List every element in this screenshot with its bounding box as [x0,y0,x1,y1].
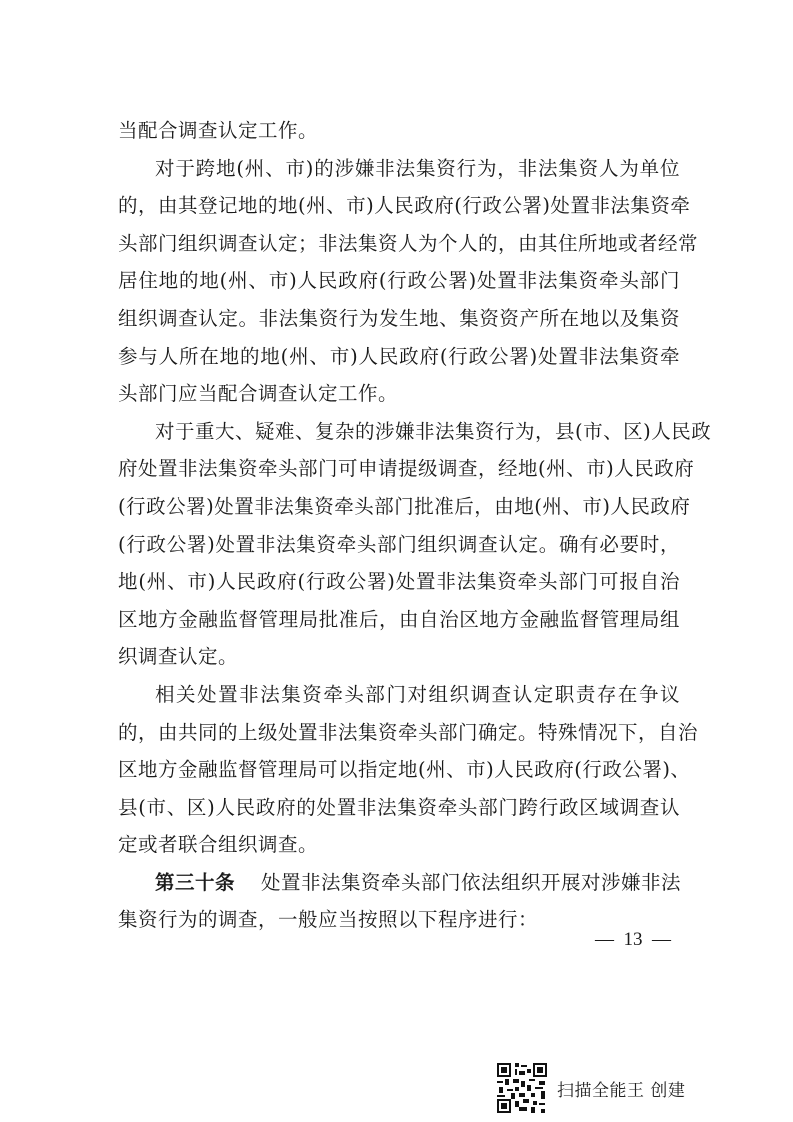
article-text: 处置非法集资牵头部门依法组织开展对涉嫌非法 [261,871,681,894]
article-heading: 第三十条 [155,871,235,894]
text-line: 相关处置非法集资牵头部门对组织调查认定职责存在争议 [118,676,680,714]
text-line: 当配合调查认定工作。 [118,112,680,150]
text-line: 的，由共同的上级处置非法集资牵头部门确定。特殊情况下，自治 [118,714,680,752]
text-line: 织调查认定。 [118,638,680,676]
text-line: 府处置非法集资牵头部门可申请提级调查，经地(州、市)人民政府 [118,450,680,488]
qr-code-icon [497,1063,547,1113]
text-line: 居住地的地(州、市)人民政府(行政公署)处置非法集资牵头部门 [118,262,680,300]
text-line: 定或者联合组织调查。 [118,826,680,864]
document-body: 当配合调查认定工作。 对于跨地(州、市)的涉嫌非法集资行为，非法集资人为单位 的… [118,112,680,939]
text-line: (行政公署)处置非法集资牵头部门批准后，由地(州、市)人民政府 [118,488,680,526]
text-line: 参与人所在地的地(州、市)人民政府(行政公署)处置非法集资牵 [118,338,680,376]
text-line: 组织调查认定。非法集资行为发生地、集资资产所在地以及集资 [118,300,680,338]
text-line: 头部门组织调查认定；非法集资人为个人的，由其住所地或者经常 [118,225,680,263]
text-line: 县(市、区)人民政府的处置非法集资牵头部门跨行政区域调查认 [118,789,680,827]
text-line: 区地方金融监督管理局可以指定地(州、市)人民政府(行政公署)、 [118,751,680,789]
article-30-line: 第三十条处置非法集资牵头部门依法组织开展对涉嫌非法 [118,864,680,902]
watermark-text: 扫描全能王 创建 [557,1076,685,1101]
text-line: 对于跨地(州、市)的涉嫌非法集资行为，非法集资人为单位 [118,150,680,188]
text-line: 的，由其登记地的地(州、市)人民政府(行政公署)处置非法集资牵 [118,187,680,225]
text-line: (行政公署)处置非法集资牵头部门组织调查认定。确有必要时， [118,526,680,564]
text-line: 地(州、市)人民政府(行政公署)处置非法集资牵头部门可报自治 [118,563,680,601]
text-line: 头部门应当配合调查认定工作。 [118,375,680,413]
scanner-watermark: 扫描全能王 创建 [497,1063,685,1113]
text-line: 区地方金融监督管理局批准后，由自治区地方金融监督管理局组 [118,601,680,639]
text-line: 对于重大、疑难、复杂的涉嫌非法集资行为，县(市、区)人民政 [118,413,680,451]
page-number: — 13 — [595,929,671,951]
